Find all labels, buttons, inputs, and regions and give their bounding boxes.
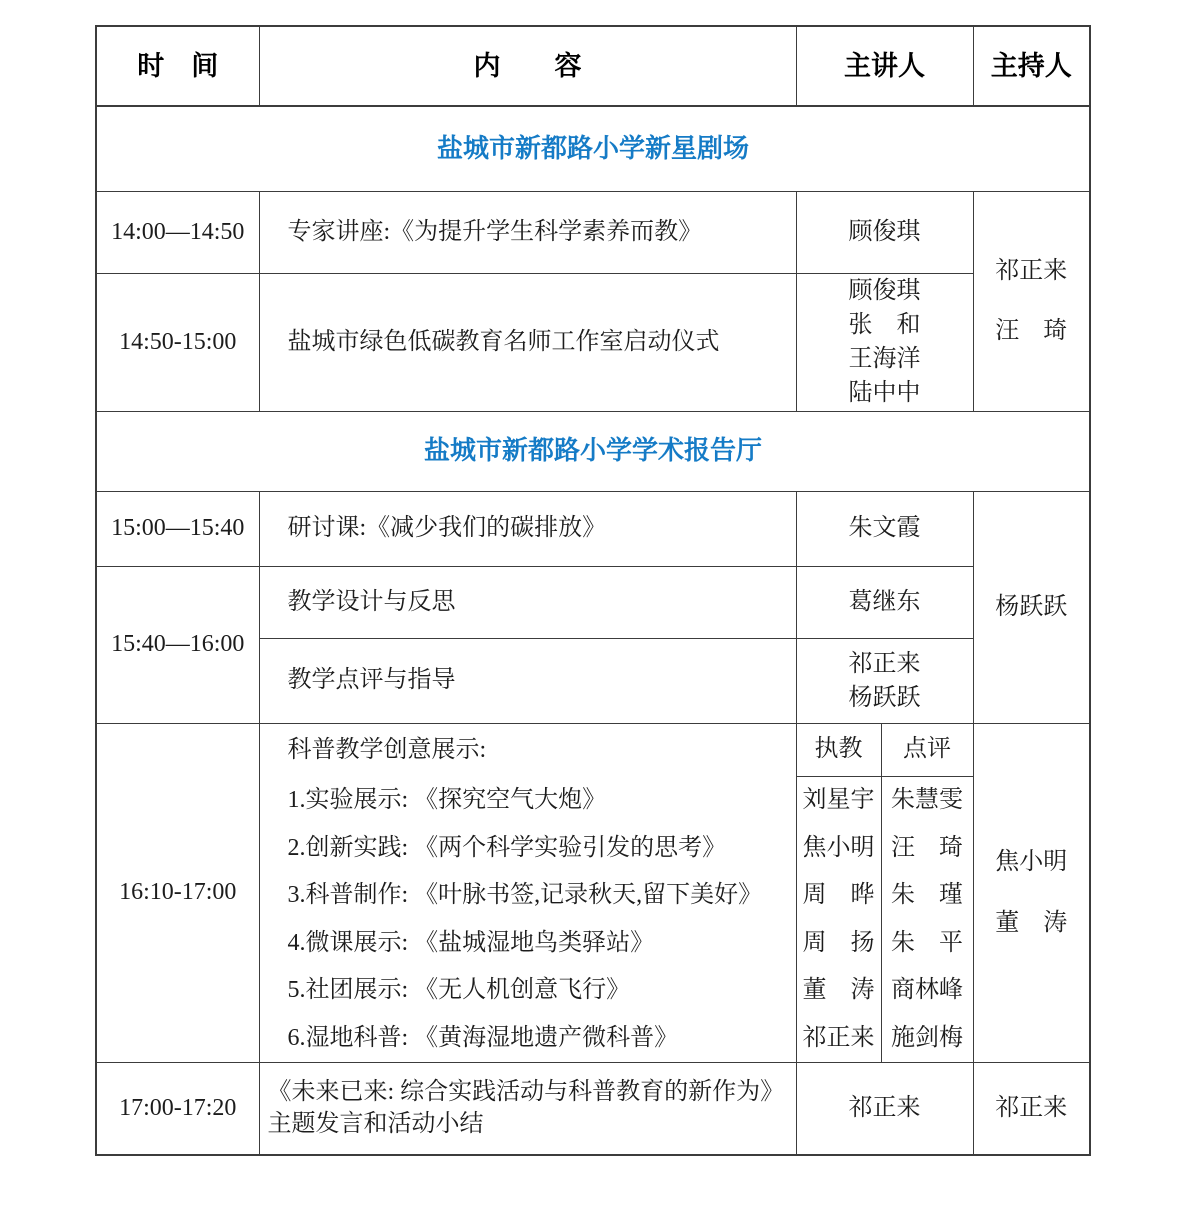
schedule-table: 时 间 内 容 主讲人 主持人 盐城市新都路小学新星剧场 14:00—14:50… [95,25,1091,1156]
venue2-row: 盐城市新都路小学学术报告厅 [96,411,1090,491]
content-cell: 盐城市绿色低碳教育名师工作室启动仪式 [259,273,796,411]
row-lecture: 14:00—14:50 专家讲座:《为提升学生科学素养而教》 顾俊琪 祁正来 汪… [96,191,1090,273]
host-name: 董 涛 [995,907,1067,939]
teacher-name: 焦小明 [797,824,881,872]
row-closing: 17:00-17:20 《未来已来: 综合实践活动与科普教育的新作为》主题发言和… [96,1062,1090,1155]
teacher-name: 祁正来 [797,1014,881,1062]
host-cell-session2: 杨跃跃 [973,491,1090,723]
teacher-name: 刘星宇 [797,777,881,825]
venue2-title: 盐城市新都路小学学术报告厅 [96,411,1090,491]
time-cell: 16:10-17:00 [96,723,259,1062]
speaker-cell: 祁正来 杨跃跃 [796,638,973,723]
teach-column-header: 执教 [796,723,881,776]
content-cell-showcase: 科普教学创意展示: 1.实验展示: 《探究空气大炮》 2.创新实践: 《两个科学… [259,723,796,1062]
row-launch-ceremony: 14:50-15:00 盐城市绿色低碳教育名师工作室启动仪式 顾俊琪 张 和 王… [96,273,1090,411]
content-cell: 研讨课:《减少我们的碳排放》 [259,491,796,566]
teachers-cell: 刘星宇 焦小明 周 晔 周 扬 董 涛 祁正来 [796,776,881,1062]
host-cell-session1: 祁正来 汪 琦 [973,191,1090,411]
showcase-item: 6.湿地科普: 《黄海湿地遗产微科普》 [260,1014,796,1062]
content-cell: 教学设计与反思 [259,566,796,638]
showcase-item: 2.创新实践: 《两个科学实验引发的思考》 [260,824,796,872]
time-cell: 14:50-15:00 [96,273,259,411]
host-cell-session4: 祁正来 [973,1062,1090,1155]
header-speaker: 主讲人 [796,26,973,106]
teacher-name: 周 扬 [797,919,881,967]
header-time: 时 间 [96,26,259,106]
teacher-name: 董 涛 [797,967,881,1015]
time-cell: 15:40—16:00 [96,566,259,723]
reviewer-name: 朱 平 [882,919,973,967]
teacher-name: 周 晔 [797,872,881,920]
speaker-cell: 葛继东 [796,566,973,638]
host-name: 焦小明 [995,846,1067,878]
showcase-item: 5.社团展示: 《无人机创意飞行》 [260,967,796,1015]
showcase-item: 3.科普制作: 《叶脉书签,记录秋天,留下美好》 [260,872,796,920]
row-seminar-class: 15:00—15:40 研讨课:《减少我们的碳排放》 朱文霞 杨跃跃 [96,491,1090,566]
showcase-item: 1.实验展示: 《探究空气大炮》 [260,777,796,825]
speaker-name: 祁正来 [849,647,921,681]
speaker-cell: 朱文霞 [796,491,973,566]
venue1-row: 盐城市新都路小学新星剧场 [96,106,1090,191]
speaker-name: 张 和 [849,308,921,342]
reviewer-name: 汪 琦 [882,824,973,872]
header-row: 时 间 内 容 主讲人 主持人 [96,26,1090,106]
header-host: 主持人 [973,26,1090,106]
time-cell: 14:00—14:50 [96,191,259,273]
speaker-name: 杨跃跃 [849,681,921,715]
reviewer-name: 朱 瑾 [882,872,973,920]
speaker-name: 王海洋 [849,342,921,376]
time-cell: 17:00-17:20 [96,1062,259,1155]
reviewer-name: 施剑梅 [882,1014,973,1062]
speaker-cell: 祁正来 [796,1062,973,1155]
venue1-title: 盐城市新都路小学新星剧场 [96,106,1090,191]
content-cell: 教学点评与指导 [259,638,796,723]
time-cell: 15:00—15:40 [96,491,259,566]
speaker-cell: 顾俊琪 [796,191,973,273]
review-column-header: 点评 [881,723,973,776]
content-cell: 专家讲座:《为提升学生科学素养而教》 [259,191,796,273]
speaker-name: 顾俊琪 [849,274,921,308]
row-showcase-header: 16:10-17:00 科普教学创意展示: 1.实验展示: 《探究空气大炮》 2… [96,723,1090,776]
content-cell: 《未来已来: 综合实践活动与科普教育的新作为》主题发言和活动小结 [259,1062,796,1155]
row-teaching-design: 15:40—16:00 教学设计与反思 葛继东 [96,566,1090,638]
host-name: 祁正来 [995,255,1067,287]
host-cell-session3: 焦小明 董 涛 [973,723,1090,1062]
showcase-intro: 科普教学创意展示: [260,724,796,777]
reviewer-name: 朱慧雯 [882,777,973,825]
speaker-cell: 顾俊琪 张 和 王海洋 陆中中 [796,273,973,411]
host-name: 汪 琦 [995,315,1067,347]
header-content: 内 容 [259,26,796,106]
showcase-item: 4.微课展示: 《盐城湿地鸟类驿站》 [260,919,796,967]
reviewer-name: 商林峰 [882,967,973,1015]
reviewers-cell: 朱慧雯 汪 琦 朱 瑾 朱 平 商林峰 施剑梅 [881,776,973,1062]
schedule-page: 时 间 内 容 主讲人 主持人 盐城市新都路小学新星剧场 14:00—14:50… [0,0,1179,1212]
speaker-name: 陆中中 [849,376,921,410]
